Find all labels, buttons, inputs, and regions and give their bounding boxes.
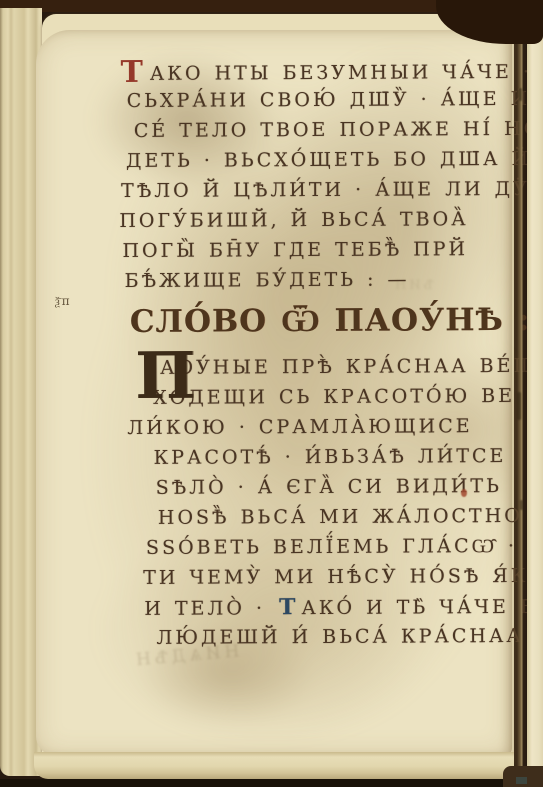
manuscript-photo: { "page": { "margin_numeral": "ѯ̄п", "sh… bbox=[0, 0, 543, 787]
text-line: СЬХРА́НИ СВОЮ́ ДШ̄У̏ · А́ЩЕ И́ВЬ bbox=[114, 84, 518, 116]
text-line: ЛИ́КОЮ · СРАМЛА̀ЮЩИСЕ bbox=[115, 411, 519, 443]
text-line: И ТЕЛО̀ · ТАКО́ И ТЬ̏ ЧА́ЧЕ Б bbox=[116, 591, 520, 623]
text-line: ТИ ЧЕМУ̀ МИ НѢ́СУ̀ НО́ЅѢ Я́КО bbox=[116, 561, 520, 593]
text-line: ЛЮ́ДЕШЙ И́ ВЬСА́ КРА́СНАА ЯЖЕ bbox=[116, 621, 520, 653]
text-line: КРАСОТѢ́ · И́ВЬЗА́Ѣ ЛИ́ТСЕ bbox=[115, 441, 519, 473]
photo-background-bottom bbox=[0, 779, 543, 787]
drop-cap-initial: П bbox=[135, 348, 196, 406]
text-line: ДЕТЬ · ВЬСХО́ЩЕТЬ БО ДШ̄А Й bbox=[114, 144, 518, 176]
red-ink-dot bbox=[461, 489, 467, 497]
text-line: СЕ́ ТЕЛО ТВОЕ ПОРАЖЕ НІ́ НОБУ̏ bbox=[114, 114, 518, 146]
text-block: П ТАКО НТЫ БЕЗУМНЫИ ЧА́ЧЕ ·СЬХРА́НИ СВОЮ… bbox=[113, 54, 520, 653]
manuscript-page: ѯ̄п П ТАКО НТЫ БЕЗУМНЫИ ЧА́ЧЕ ·СЬХРА́НИ … bbox=[36, 30, 512, 756]
next-page-edge bbox=[527, 24, 543, 780]
text-line: ПОГУ́БИШЙ, Й ВЬСА́ ТВОА̏ bbox=[114, 204, 518, 236]
binding-cloth-fragment bbox=[516, 777, 527, 784]
text-line: ТАКО НТЫ БЕЗУМНЫИ ЧА́ЧЕ · bbox=[113, 54, 517, 86]
margin-chapter-numeral: ѯ̄п bbox=[55, 294, 72, 309]
gutter-ink-smudge bbox=[517, 392, 521, 420]
text-line: ТѢЛО Й ЦѢЛИ́ТИ · А́ЩЕ ЛИ ДӰШУ bbox=[114, 174, 518, 206]
gutter-ink-speck bbox=[519, 88, 522, 101]
illuminated-initial-blue: Т bbox=[279, 594, 299, 620]
text-line: НОЅѢ̏ ВЬСА́ МИ ЖА́ЛОСТНО ВЬ bbox=[116, 501, 520, 533]
gutter-ink-speck bbox=[520, 500, 523, 510]
text-line: БѢ́ЖИЩЕ БУ́ДЕТЬ : — bbox=[115, 264, 519, 296]
page-bottom-edges bbox=[34, 752, 514, 779]
text-line: ПОГЫ̏ БН̄У ГД̄Е ТЕБѢ̏ ПРЙ bbox=[114, 234, 518, 266]
text-line: ЅЅО́ВЕТЬ ВЕЛЇ́ЕМЬ ГЛА́СѠ̑ · bbox=[116, 531, 520, 563]
text-line: ЅѢЛО̀ · А́ ЄГА̏ СИ ВИДИ́ТЬ bbox=[116, 471, 520, 503]
illuminated-initial-red: Т bbox=[120, 55, 146, 90]
